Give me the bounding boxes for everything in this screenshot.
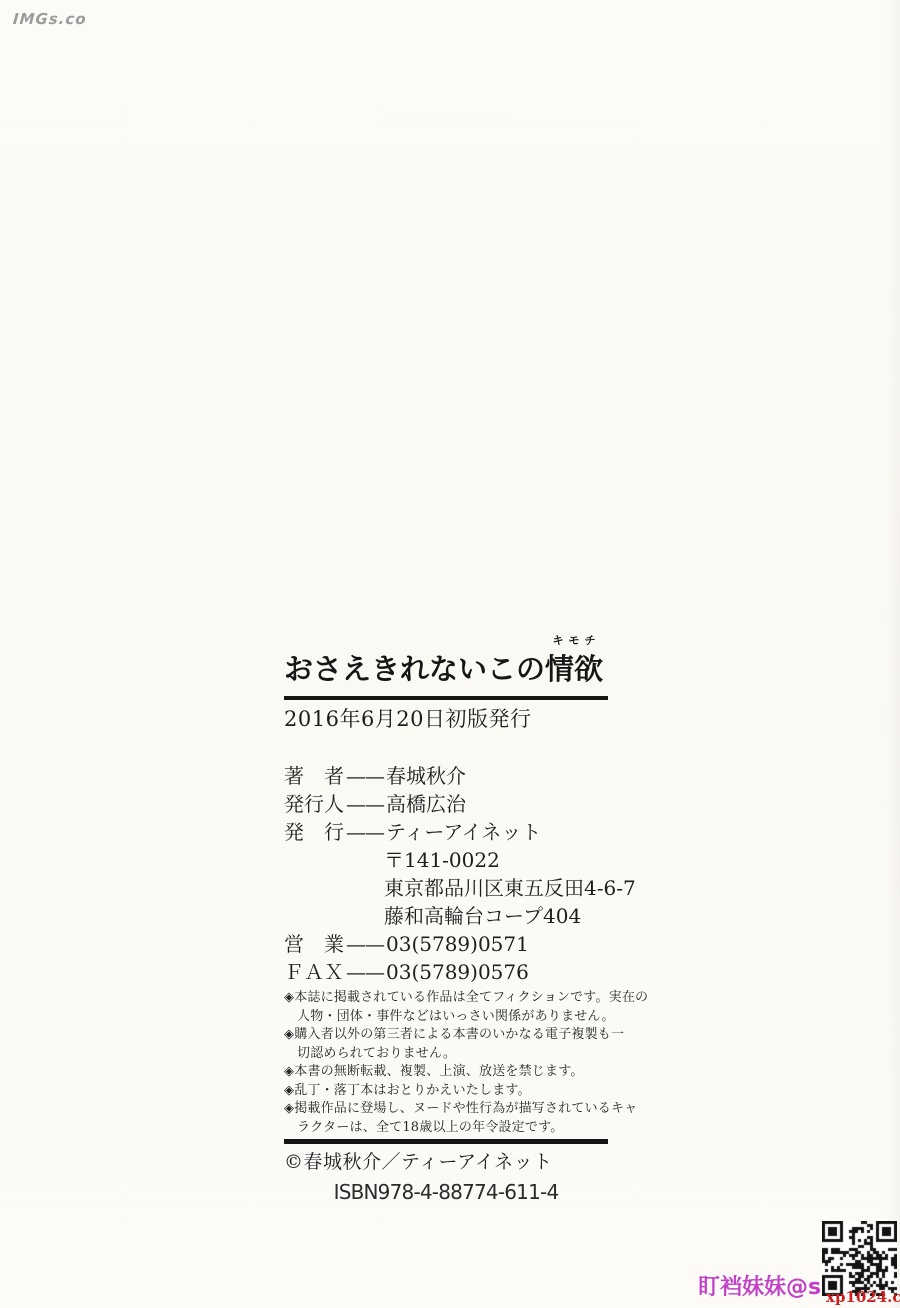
credit-value: ティーアイネット bbox=[386, 820, 541, 844]
notice-line: 切認められておりません。 bbox=[284, 1045, 636, 1064]
notice-line: ◈乱丁・落丁本はおとりかえいたします。 bbox=[284, 1082, 636, 1101]
leader-dash: —— bbox=[346, 762, 384, 790]
contact-value: 03(5789)0576 bbox=[386, 960, 529, 984]
watermark-text: IMGs.co bbox=[12, 10, 87, 28]
isbn-number: ISBN978-4-88774-611-4 bbox=[284, 1180, 608, 1204]
credit-row-publisher-person: 発行人——高橋広治 bbox=[284, 790, 636, 818]
book-title-ruby: キモチ情欲 bbox=[545, 648, 603, 690]
address-line-1: 東京都品川区東五反田4-6-7 bbox=[284, 874, 636, 902]
credit-value: 春城秋介 bbox=[386, 764, 466, 788]
credits-block: 著 者——春城秋介 発行人——高橋広治 発 行——ティーアイネット 〒141-0… bbox=[284, 762, 636, 986]
leader-dash: —— bbox=[346, 930, 384, 958]
credit-row-author: 著 者——春城秋介 bbox=[284, 762, 636, 790]
credit-value: 高橋広治 bbox=[386, 792, 466, 816]
colophon-block: おさえきれないこのキモチ情欲 2016年6月20日初版発行 著 者——春城秋介 … bbox=[284, 648, 636, 1204]
contact-row-fax: ＦＡＸ——03(5789)0576 bbox=[284, 958, 636, 986]
leader-dash: —— bbox=[346, 958, 384, 986]
site-url-text: xp1024.com bbox=[826, 1288, 900, 1306]
credit-label: 著 者 bbox=[284, 762, 346, 790]
title-divider-rule bbox=[284, 696, 608, 700]
scanned-book-page: IMGs.co おさえきれないこのキモチ情欲 2016年6月20日初版発行 著 … bbox=[0, 0, 900, 1308]
copyright-line: ©春城秋介／ティーアイネット bbox=[284, 1150, 636, 1174]
book-title-ruby-base: 情欲 bbox=[545, 652, 603, 686]
edition-date: 2016年6月20日初版発行 bbox=[284, 706, 636, 732]
postal-code: 〒141-0022 bbox=[284, 846, 636, 874]
address-line-2: 藤和高輪台コープ404 bbox=[284, 902, 636, 930]
bottom-divider-rule bbox=[284, 1139, 608, 1144]
notice-line: ◈購入者以外の第三者による本書のいかなる電子複製も一 bbox=[284, 1026, 636, 1045]
contact-label: ＦＡＸ bbox=[284, 958, 346, 986]
legal-notices-block: ◈本誌に掲載されている作品は全てフィクションです。実在の 人物・団体・事件などは… bbox=[284, 989, 636, 1137]
credit-row-publisher-company: 発 行——ティーアイネット bbox=[284, 818, 636, 846]
book-title-furigana: キモチ bbox=[545, 635, 603, 646]
leader-dash: —— bbox=[346, 818, 384, 846]
book-title-text: おさえきれないこの bbox=[284, 652, 545, 686]
credit-label: 発行人 bbox=[284, 790, 346, 818]
notice-line: ◈本誌に掲載されている作品は全てフィクションです。実在の bbox=[284, 989, 636, 1008]
contact-value: 03(5789)0571 bbox=[386, 932, 529, 956]
notice-line: ◈掲載作品に登場し、ヌードや性行為が描写されているキャ bbox=[284, 1100, 636, 1119]
notice-line: ラクターは、全て18歳以上の年令設定です。 bbox=[284, 1119, 636, 1138]
leader-dash: —— bbox=[346, 790, 384, 818]
contact-row-sales: 営 業——03(5789)0571 bbox=[284, 930, 636, 958]
notice-line: ◈本書の無断転載、複製、上演、放送を禁じます。 bbox=[284, 1063, 636, 1082]
notice-line: 人物・団体・事件などはいっさい関係がありません。 bbox=[284, 1008, 636, 1027]
contact-label: 営 業 bbox=[284, 930, 346, 958]
book-title: おさえきれないこのキモチ情欲 bbox=[284, 648, 636, 690]
address-block: 〒141-0022 東京都品川区東五反田4-6-7 藤和高輪台コープ404 bbox=[284, 846, 636, 930]
credit-label: 発 行 bbox=[284, 818, 346, 846]
qr-code-icon bbox=[822, 1221, 897, 1296]
